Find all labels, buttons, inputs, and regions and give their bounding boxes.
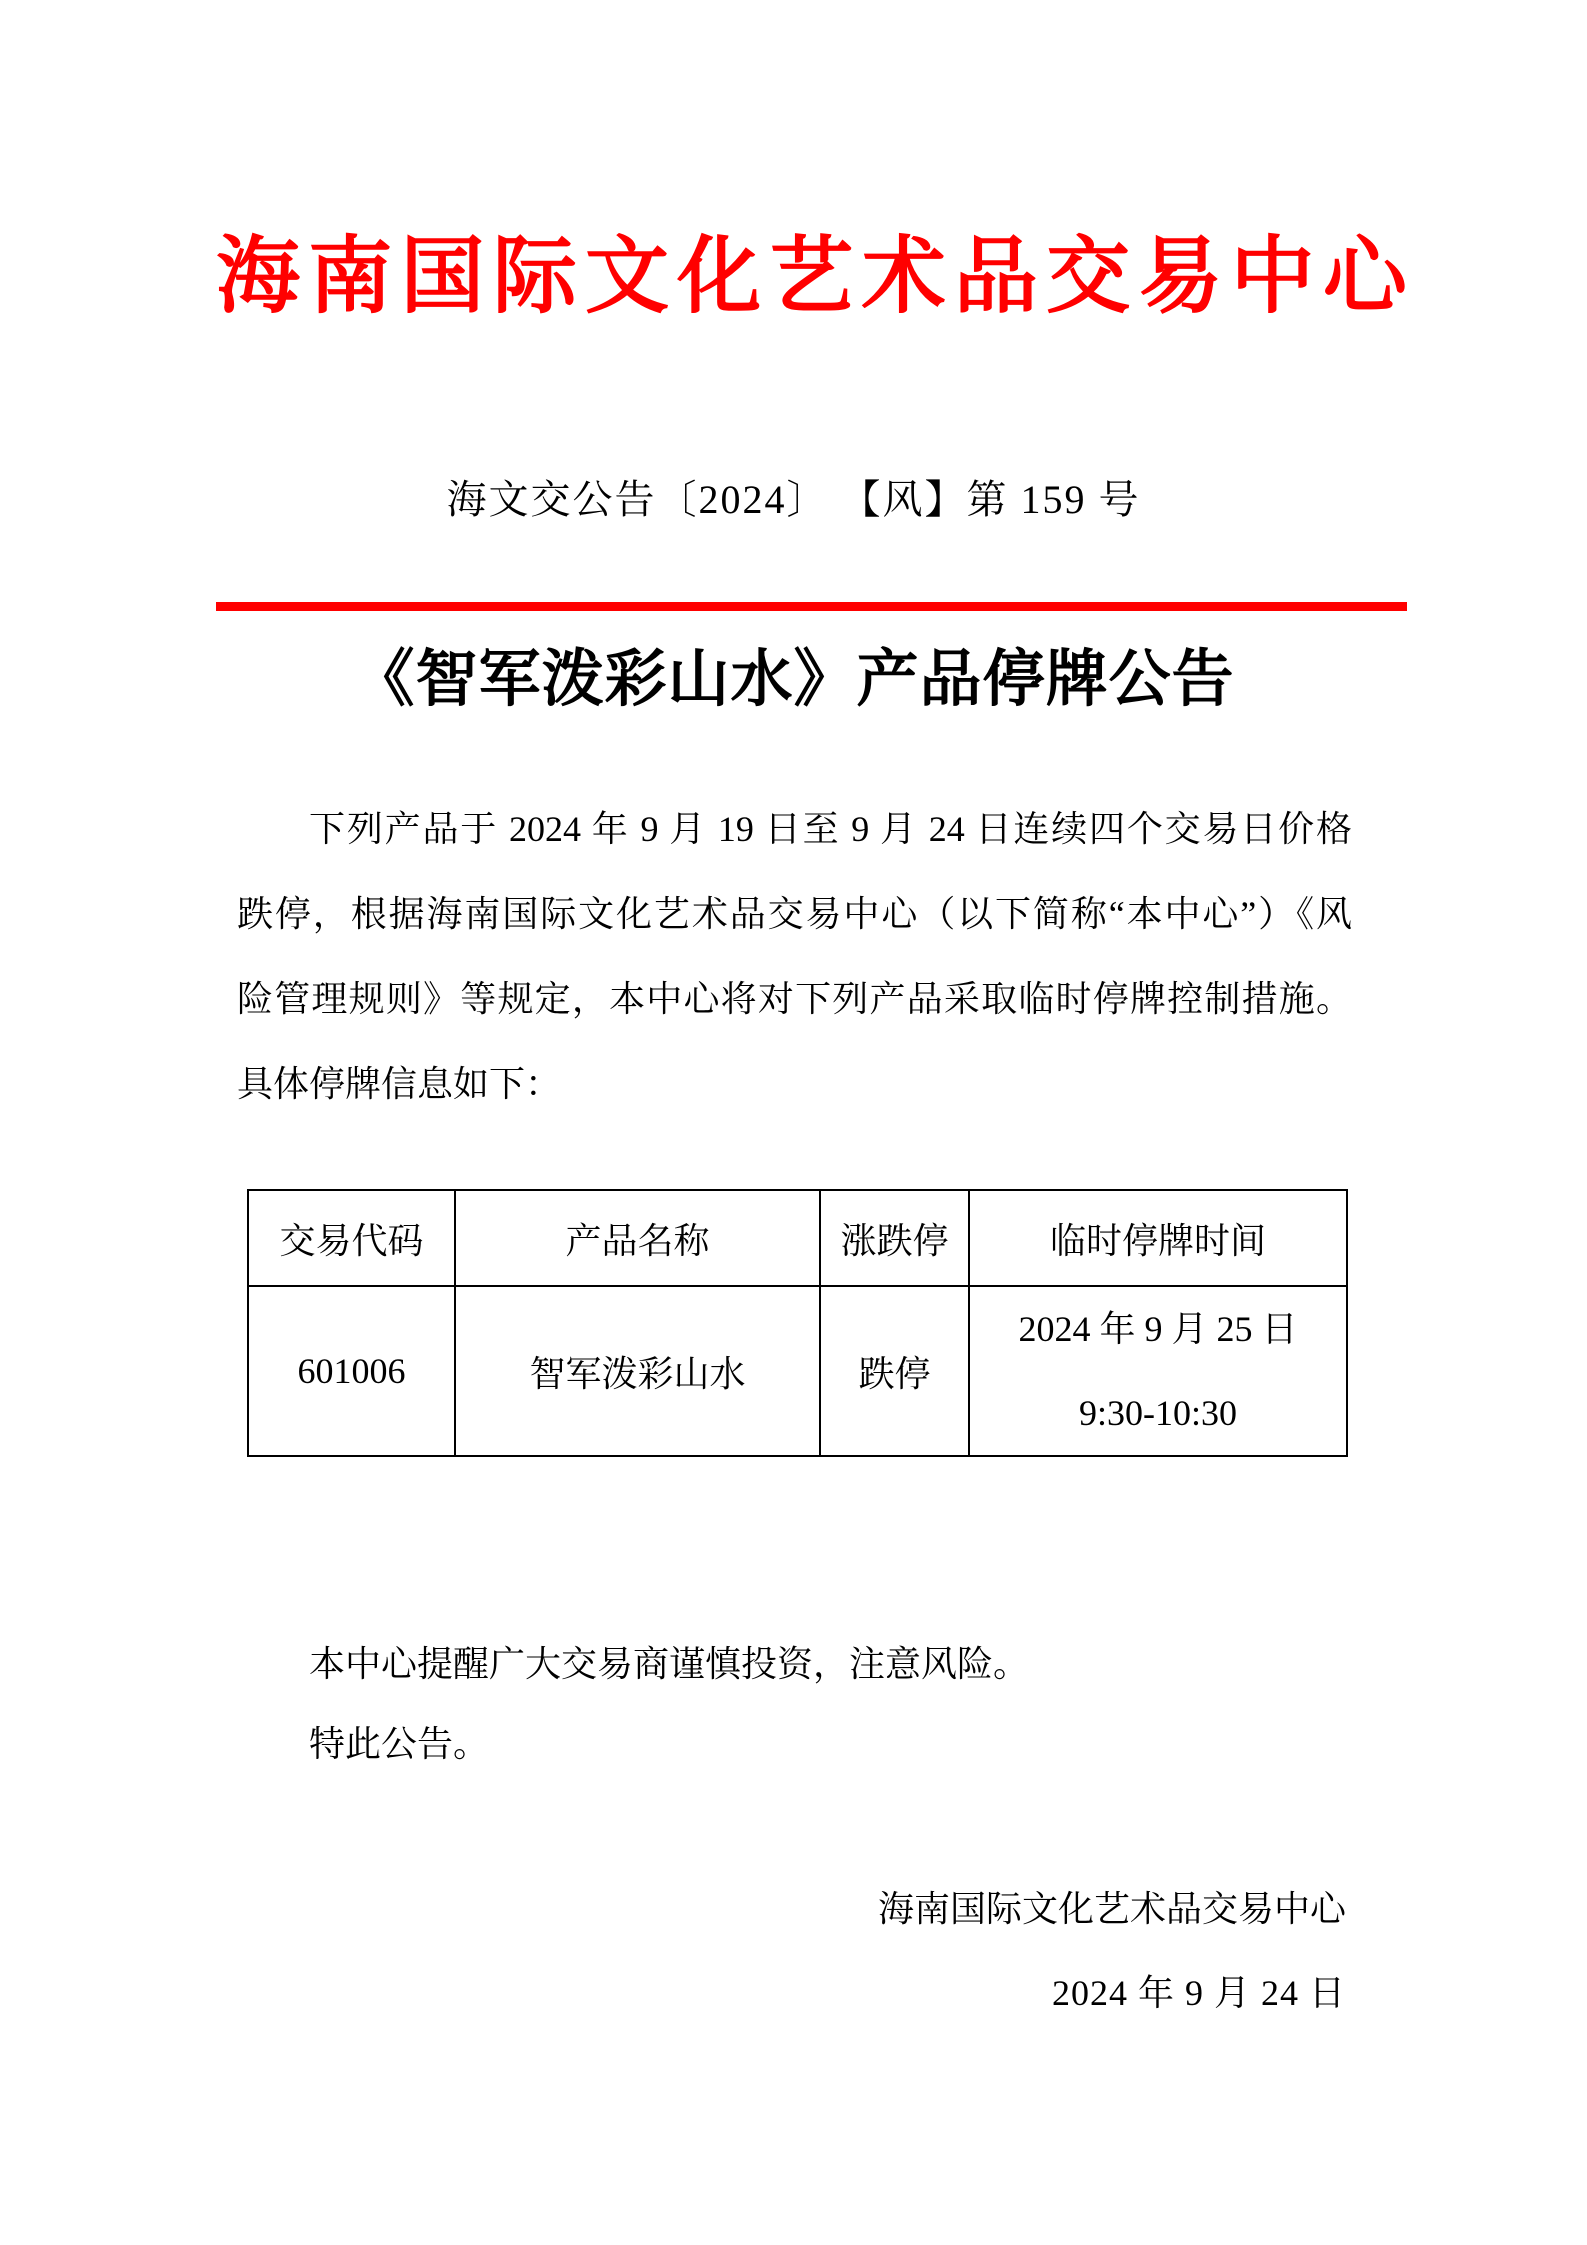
org-title-character: 中	[1231, 224, 1315, 332]
body-line-2: 跌停，根据海南国际文化艺术品交易中心（以下简称“本中心”）《风	[237, 872, 1352, 957]
document-number: 海文交公告〔2024〕 【风】第 159 号	[0, 470, 1587, 530]
signature-date: 2024 年 9 月 24 日	[237, 1951, 1346, 2036]
org-title-character: 海	[216, 224, 300, 332]
org-title-character: 化	[677, 224, 761, 332]
suspension-hours: 9:30-10:30	[970, 1371, 1346, 1455]
risk-reminder-text: 本中心提醒广大交易商谨慎投资，注意风险。	[237, 1622, 1352, 1707]
header-trade-code: 交易代码	[248, 1190, 455, 1286]
cell-trade-code: 601006	[248, 1286, 455, 1456]
org-title-character: 艺	[769, 224, 853, 332]
header-suspension-time: 临时停牌时间	[969, 1190, 1347, 1286]
suspension-table: 交易代码 产品名称 涨跌停 临时停牌时间 601006 智军泼彩山水 跌停 20…	[247, 1189, 1348, 1457]
org-title-character: 交	[1046, 224, 1130, 332]
table-row: 601006 智军泼彩山水 跌停 2024 年 9 月 25 日 9:30-10…	[248, 1286, 1347, 1456]
org-title-character: 文	[585, 224, 669, 332]
org-title-character: 术	[862, 224, 946, 332]
cell-limit-status: 跌停	[820, 1286, 969, 1456]
table-header-row: 交易代码 产品名称 涨跌停 临时停牌时间	[248, 1190, 1347, 1286]
cell-suspension-time: 2024 年 9 月 25 日 9:30-10:30	[969, 1286, 1347, 1456]
organization-title: 海南国际文化艺术品交易中心	[216, 224, 1407, 332]
org-title-character: 品	[954, 224, 1038, 332]
header-limit-status: 涨跌停	[820, 1190, 969, 1286]
org-title-character: 国	[400, 224, 484, 332]
header-product-name: 产品名称	[455, 1190, 820, 1286]
red-divider-rule	[216, 602, 1407, 611]
org-title-character: 易	[1138, 224, 1222, 332]
signature-organization: 海南国际文化艺术品交易中心	[237, 1867, 1346, 1952]
org-title-character: 际	[493, 224, 577, 332]
org-title-character: 心	[1323, 224, 1407, 332]
body-paragraph: 下列产品于 2024 年 9 月 19 日至 9 月 24 日连续四个交易日价格…	[237, 787, 1352, 1127]
announcement-page: 海南国际文化艺术品交易中心 海文交公告〔2024〕 【风】第 159 号 《智军…	[0, 0, 1587, 2245]
cell-product-name: 智军泼彩山水	[455, 1286, 820, 1456]
announcement-title: 《智军泼彩山水》产品停牌公告	[0, 638, 1587, 722]
body-line-3: 险管理规则》等规定，本中心将对下列产品采取临时停牌控制措施。	[237, 957, 1352, 1042]
org-title-character: 南	[308, 224, 392, 332]
body-line-4: 具体停牌信息如下：	[237, 1042, 1352, 1127]
suspension-date: 2024 年 9 月 25 日	[970, 1287, 1346, 1371]
closing-statement: 特此公告。	[237, 1702, 1352, 1787]
body-line-1: 下列产品于 2024 年 9 月 19 日至 9 月 24 日连续四个交易日价格	[237, 787, 1352, 872]
